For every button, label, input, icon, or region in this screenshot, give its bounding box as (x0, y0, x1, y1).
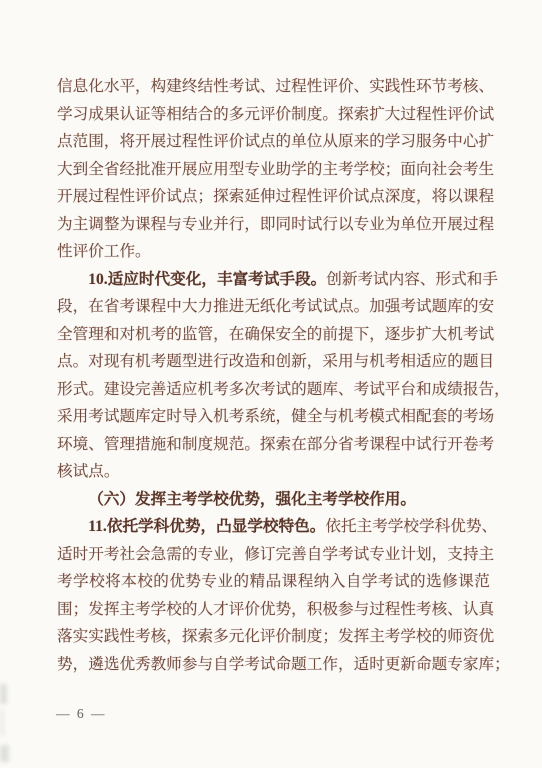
scan-smudge (0, 710, 4, 736)
text-line: 11.依托学科优势，凸显学校特色。依托主考学校学科优势、 (57, 513, 490, 541)
text-line: 大到全省经批准开展应用型专业助学的主考学校；面向社会考生 (57, 156, 490, 184)
text-line: 落实实践性考核，探索多元化评价制度；发挥主考学校的师资优 (57, 623, 490, 651)
text-line: 性评价工作。 (57, 238, 490, 266)
scan-smudge (0, 745, 9, 762)
text-line: 环境、管理措施和制度规范。探索在部分省考课程中试行开卷考 (57, 431, 490, 459)
text-block: 信息化水平，构建终结性考试、过程性评价、实践性环节考核、学习成果认证等相结合的多… (57, 73, 490, 678)
text-line: 核试点。 (57, 458, 490, 486)
text-line: （六）发挥主考学校优势，强化主考学校作用。 (57, 486, 490, 514)
text-line: 为主调整为课程与专业并行，即同时试行以专业为单位开展过程 (57, 211, 490, 239)
text-line: 点。对现有机考题型进行改造和创新，采用与机考相适应的题目 (57, 348, 490, 376)
text-line: 信息化水平，构建终结性考试、过程性评价、实践性环节考核、 (57, 73, 490, 101)
document-page: 信息化水平，构建终结性考试、过程性评价、实践性环节考核、学习成果认证等相结合的多… (0, 0, 542, 768)
text-line: 势，遴选优秀教师参与自学考试命题工作，适时更新命题专家库； (57, 651, 490, 679)
text-line: 考学校将本校的优势专业的精品课程纳入自学考试的选修课范 (57, 568, 490, 596)
text-line: 段，在省考课程中大力推进无纸化考试试点。加强考试题库的安 (57, 293, 490, 321)
page-number: — 6 — (56, 706, 107, 722)
scan-smudge (0, 684, 7, 704)
text-line: 形式。建设完善适应机考多次考试的题库、考试平台和成绩报告， (57, 376, 490, 404)
text-line: 采用考试题库定时导入机考系统，健全与机考模式相配套的考场 (57, 403, 490, 431)
text-line: 开展过程性评价试点；探索延伸过程性评价试点深度，将以课程 (57, 183, 490, 211)
text-line: 全管理和对机考的监管，在确保安全的前提下，逐步扩大机考试 (57, 321, 490, 349)
text-line: 点范围，将开展过程性评价试点的单位从原来的学习服务中心扩 (57, 128, 490, 156)
text-line: 适时开考社会急需的专业，修订完善自学考试专业计划，支持主 (57, 541, 490, 569)
text-line: 10.适应时代变化，丰富考试手段。创新考试内容、形式和手 (57, 266, 490, 294)
text-line: 围；发挥主考学校的人才评价优势，积极参与过程性考核、认真 (57, 596, 490, 624)
text-line: 学习成果认证等相结合的多元评价制度。探索扩大过程性评价试 (57, 101, 490, 129)
